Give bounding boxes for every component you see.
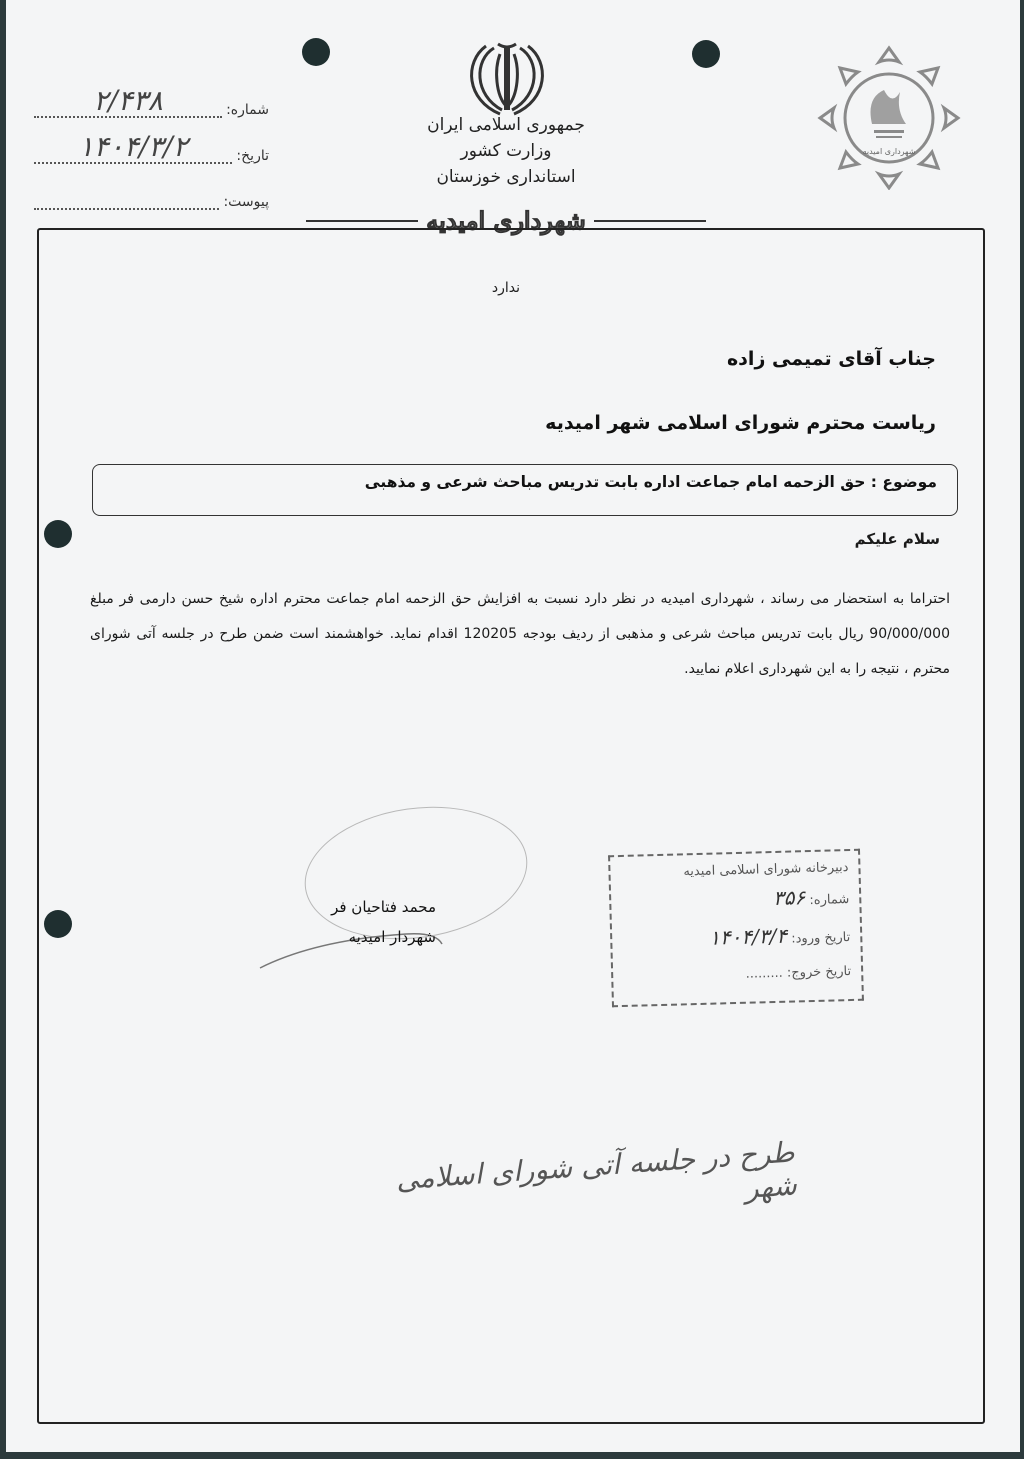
addressee-name: جناب آقای تمیمی زاده <box>727 348 936 370</box>
subject-box: موضوع : حق الزحمه امام جماعت اداره بابت … <box>92 464 958 516</box>
attachment-field: پیوست: <box>34 164 269 210</box>
punch-hole <box>302 38 330 66</box>
greeting: سلام علیکم <box>855 530 940 548</box>
stamp-exit-date-row: تاریخ خروج: ......... <box>623 955 852 995</box>
municipality-logo-icon: شهرداری امیدیه <box>814 40 964 190</box>
svg-text:شهرداری امیدیه: شهرداری امیدیه <box>863 147 916 156</box>
letter-date-field: تاریخ: ۱۴۰۴/۳/۲ <box>34 118 269 164</box>
iran-emblem-icon <box>464 40 550 116</box>
divider <box>594 220 706 222</box>
stamp-number: ۳۵۶ <box>773 885 806 910</box>
letter-frame <box>37 228 985 1424</box>
punch-hole <box>692 40 720 68</box>
letter-number-value: ۲/۴۳۸ <box>34 86 222 118</box>
attachment-value <box>34 178 219 210</box>
divider <box>306 220 418 222</box>
attachment-note: ندارد <box>446 280 566 296</box>
stamp-number-row: شماره: ۳۵۶ <box>621 879 850 923</box>
letter-meta: شماره: ۲/۴۳۸ تاریخ: ۱۴۰۴/۳/۲ پیوست: <box>34 72 269 210</box>
stamp-entry-date: ۱۴۰۴/۳/۴ <box>709 924 788 950</box>
letter-page: شماره: ۲/۴۳۸ تاریخ: ۱۴۰۴/۳/۲ پیوست: جمهو… <box>6 0 1020 1452</box>
subject-label: موضوع : <box>871 473 937 491</box>
signer-name: محمد فتاحیان فر <box>296 892 436 922</box>
signer-title: شهردار امیدیه <box>296 922 436 952</box>
government-header: جمهوری اسلامی ایران وزارت کشور استانداری… <box>366 112 646 190</box>
letter-number-field: شماره: ۲/۴۳۸ <box>34 72 269 118</box>
council-receipt-stamp: دبیرخانه شورای اسلامی امیدیه شماره: ۳۵۶ … <box>608 849 864 1008</box>
stamp-entry-date-row: تاریخ ورود: ۱۴۰۴/۳/۴ <box>622 917 851 961</box>
addressee-title: ریاست محترم شورای اسلامی شهر امیدیه <box>545 412 936 434</box>
subject-text: حق الزحمه امام جماعت اداره بابت تدریس مب… <box>365 473 866 491</box>
letter-date-value: ۱۴۰۴/۳/۲ <box>34 132 232 164</box>
letter-body: احتراما به استحضار می رساند ، شهرداری ام… <box>90 582 950 687</box>
signature-block: محمد فتاحیان فر شهردار امیدیه <box>296 892 436 952</box>
